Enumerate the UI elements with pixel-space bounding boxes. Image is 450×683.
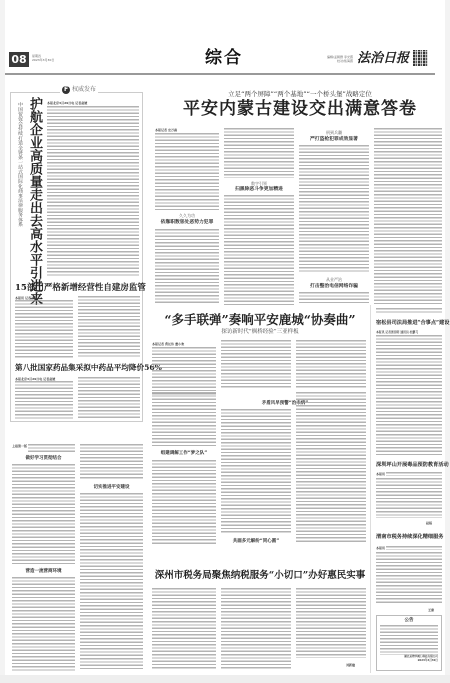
right-article2-byline: 本报讯 bbox=[376, 472, 385, 476]
lead-body-col2b bbox=[224, 195, 294, 305]
tag-label: 权威发布 bbox=[72, 86, 96, 94]
lead-subhead-4: 打击整治电信网络诈骗 bbox=[299, 283, 369, 291]
lead-subhead-kicker-4: 从业严治 bbox=[299, 277, 369, 282]
right-article1-title: 宿松县司法局推进“合事点”建设 bbox=[376, 320, 442, 327]
authority-release-tag: F 权威发布 bbox=[60, 86, 98, 94]
article3-body-left bbox=[15, 381, 73, 419]
lead-body-col4 bbox=[374, 128, 442, 305]
feature-body-col1b bbox=[152, 392, 216, 446]
bottom-story-author: 刘新建 bbox=[346, 663, 355, 667]
main-article-body bbox=[47, 106, 139, 276]
lead-subhead-kicker-1: 久久为功 bbox=[155, 213, 219, 218]
right-article2-title: 深圳坪山开展毒品预防教育活动 bbox=[376, 462, 442, 469]
continued-body-col2b bbox=[80, 493, 143, 671]
right-article1-body bbox=[376, 335, 442, 455]
feature-subhead-1: 做好学习贯彻结合 bbox=[12, 455, 75, 463]
continued-body-col1 bbox=[12, 464, 75, 564]
page-number-badge: 08 bbox=[9, 52, 29, 67]
feature-body-col2b bbox=[221, 409, 291, 534]
right-article1-byline: 本报讯 记者张佳明 通讯员 杜鹏飞 bbox=[376, 330, 418, 334]
column-divider bbox=[370, 305, 371, 673]
lead-body-col2a bbox=[224, 128, 294, 178]
lead-title: 平安内蒙古建设交出满意答卷 bbox=[150, 99, 450, 119]
notice-date: 2023年3月30日 bbox=[377, 659, 441, 663]
feature-byline: 本报记者 费长伟 董小欢 bbox=[152, 342, 184, 346]
bottom-body-col2 bbox=[221, 588, 291, 670]
feature-subhead-4: 组建调解工作“梦之队” bbox=[152, 450, 216, 458]
release-icon: F bbox=[62, 86, 70, 94]
notice-box: 公告 湖北某物华阀门科技有限公司 2023年3月30日 bbox=[376, 615, 442, 671]
header-rule bbox=[5, 73, 435, 75]
feature-subhead-6: 共画多元解纷“同心圆” bbox=[221, 538, 291, 546]
main-article-subtitle: 中国贸促会持续打造全链条一站式国际化商事法律服务体系 bbox=[16, 102, 22, 227]
lead-subhead-3: 严打盗枪犯罪成效显著 bbox=[299, 136, 369, 144]
right-article3-body bbox=[376, 552, 442, 604]
article2-body-right bbox=[78, 296, 140, 358]
feature-title: “多手联弹”奏响平安鹿城“协奏曲” bbox=[150, 312, 370, 327]
main-article-title: 护航企业高质量走出去高水平引进来 bbox=[27, 97, 42, 305]
continued-body-col1b bbox=[12, 577, 75, 671]
feature-subtitle: 探访新时代“枫桥经验”三亚样板 bbox=[150, 329, 370, 336]
editor-info: 编辑/孟鹤群 李光霞 校对/熊海霞 bbox=[323, 55, 353, 63]
article2-title: 15部门严格新增经营性自建房监管 bbox=[15, 283, 146, 293]
right-article2-author: 赵娟 bbox=[426, 521, 432, 525]
masthead-logo: 法治日报 bbox=[357, 51, 409, 67]
issue-meta: 星期四 2023年3月30日 bbox=[32, 54, 54, 62]
designer: 校对/熊海霞 bbox=[323, 59, 353, 63]
feature-body-col3b bbox=[296, 392, 366, 544]
feature-subhead-2: 切实推进平安建设 bbox=[80, 484, 143, 492]
main-article-byline: 本报北京3月29日电 记者赵婕 bbox=[47, 101, 87, 105]
feature-subhead-5: 营造一流营商环境 bbox=[12, 568, 75, 576]
page-header: 08 星期四 2023年3月30日 综合 编辑/孟鹤群 李光霞 校对/熊海霞 法… bbox=[5, 50, 435, 72]
article2-body-left bbox=[15, 300, 73, 358]
section-title: 综合 bbox=[205, 48, 243, 68]
bottom-story-title: 深州市税务局聚焦纳税服务“小切口”办好惠民实事 bbox=[150, 570, 370, 582]
bottom-body-col1 bbox=[152, 588, 216, 670]
feature-body-col1c bbox=[152, 460, 216, 544]
right-article3-title: 渭南市税务持续深化精细服务 bbox=[376, 534, 442, 541]
right-article3-byline: 本报讯 bbox=[376, 546, 385, 550]
right-top-tail bbox=[376, 308, 442, 314]
right-article3-intro bbox=[386, 546, 442, 550]
article3-body-right bbox=[78, 377, 140, 419]
lead-body-col1b bbox=[155, 229, 219, 305]
feature-body-col3a bbox=[296, 340, 366, 388]
notice-title: 公告 bbox=[377, 618, 441, 624]
lead-subhead-kicker-3: 刑到兵疆 bbox=[299, 130, 369, 135]
lead-body-col3a bbox=[299, 145, 369, 273]
feature-body-col1a bbox=[152, 347, 216, 395]
lead-body-col3b bbox=[299, 292, 369, 304]
right-article2-intro bbox=[386, 472, 442, 476]
continued-body-col2a bbox=[80, 444, 143, 480]
article3-title: 第八批国家药品集采拟中药品平均降价56% bbox=[15, 363, 162, 373]
lead-byline: 本报记者 史万森 bbox=[155, 128, 177, 132]
lead-body-col1a bbox=[155, 133, 219, 210]
issue-date: 2023年3月30日 bbox=[32, 58, 54, 62]
page-footer-margin bbox=[0, 675, 450, 683]
lead-subhead-1: 依靠职数惩处恶势力犯罪 bbox=[155, 219, 219, 227]
notice-body bbox=[380, 625, 438, 655]
lead-subhead-2: 扫黑除恶斗争更加精进 bbox=[224, 186, 294, 194]
continued-intro bbox=[28, 444, 75, 452]
continued-label: 上接第一版 bbox=[12, 444, 27, 448]
qr-code-icon bbox=[413, 50, 428, 66]
feature-body-col2a bbox=[221, 340, 291, 388]
right-article2-body bbox=[376, 478, 442, 518]
bottom-body-col3 bbox=[296, 588, 366, 658]
lead-kicker: 立足“两个屏障”“两个基地”“一个桥头堡”战略定位 bbox=[150, 90, 450, 98]
right-article3-author: 王康 bbox=[428, 608, 434, 612]
